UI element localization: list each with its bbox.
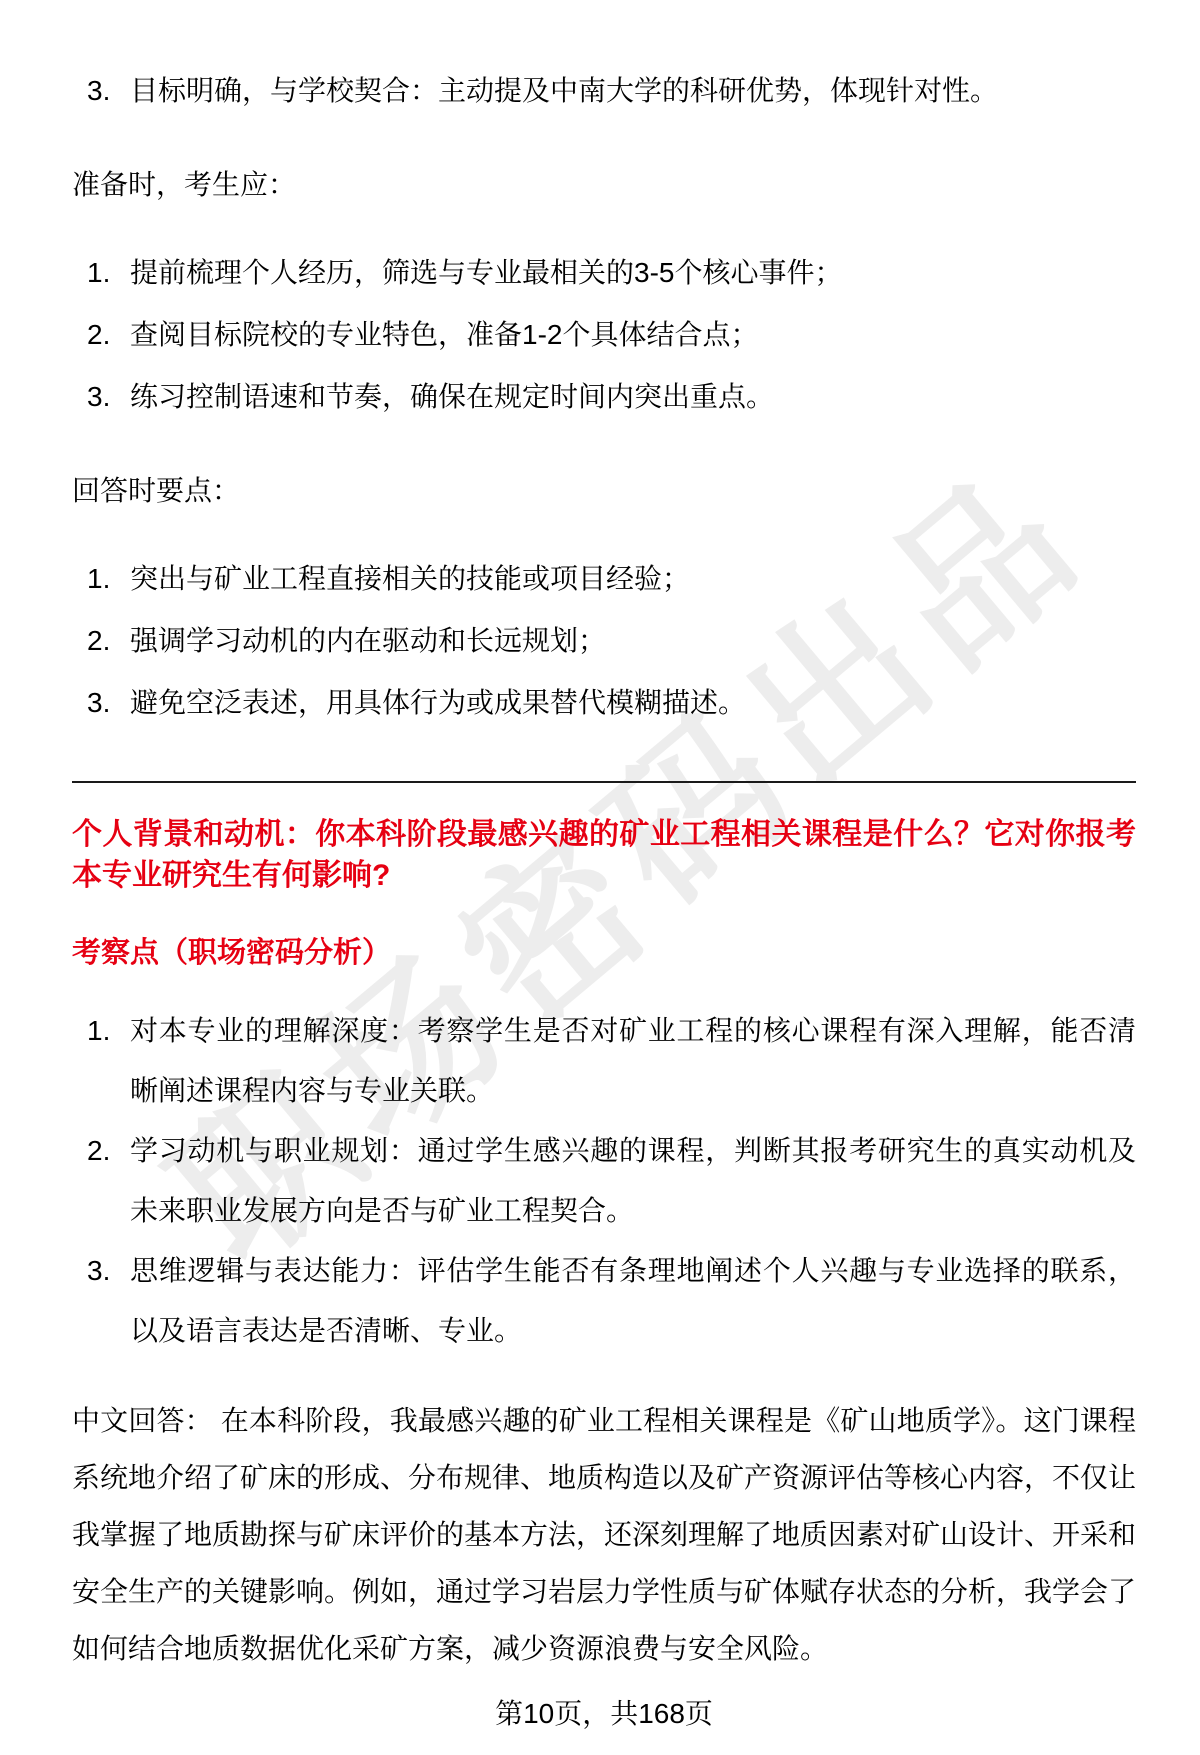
list-item-text: 强调学习动机的内在驱动和长远规划； — [130, 610, 1136, 672]
document-page: 职场密码出品 3. 目标明确，与学校契合：主动提及中南大学的科研优势，体现针对性… — [0, 0, 1200, 1755]
page-content: 3. 目标明确，与学校契合：主动提及中南大学的科研优势，体现针对性。 准备时，考… — [0, 0, 1200, 1742]
list-item-number: 2. — [87, 1121, 130, 1241]
list-item: 2. 强调学习动机的内在驱动和长远规划； — [72, 610, 1136, 672]
list-item-number: 2. — [87, 610, 130, 672]
section-divider — [72, 781, 1136, 783]
list-item: 2. 查阅目标院校的专业特色，准备1-2个具体结合点； — [72, 304, 1136, 366]
prep-intro: 准备时，考生应： — [72, 156, 1136, 214]
list-item-text: 目标明确，与学校契合：主动提及中南大学的科研优势，体现针对性。 — [130, 60, 1136, 122]
list-item: 1. 突出与矿业工程直接相关的技能或项目经验； — [72, 548, 1136, 610]
list-item-text: 学习动机与职业规划：通过学生感兴趣的课程，判断其报考研究生的真实动机及未来职业发… — [130, 1121, 1136, 1241]
list-item-text: 提前梳理个人经历，筛选与专业最相关的3-5个核心事件； — [130, 242, 1136, 304]
continued-list-item: 3. 目标明确，与学校契合：主动提及中南大学的科研优势，体现针对性。 — [72, 60, 1136, 122]
list-item-text: 对本专业的理解深度：考察学生是否对矿业工程的核心课程有深入理解，能否清晰阐述课程… — [130, 1001, 1136, 1121]
list-item-number: 1. — [87, 1001, 130, 1121]
list-item: 1. 提前梳理个人经历，筛选与专业最相关的3-5个核心事件； — [72, 242, 1136, 304]
list-item-number: 3. — [87, 60, 130, 122]
exam-points-heading: 考察点（职场密码分析） — [72, 933, 1136, 973]
list-item-number: 3. — [87, 1241, 130, 1361]
list-item: 1. 对本专业的理解深度：考察学生是否对矿业工程的核心课程有深入理解，能否清晰阐… — [72, 1001, 1136, 1121]
list-item-text: 思维逻辑与表达能力：评估学生能否有条理地阐述个人兴趣与专业选择的联系，以及语言表… — [130, 1241, 1136, 1361]
list-item: 3. 思维逻辑与表达能力：评估学生能否有条理地阐述个人兴趣与专业选择的联系，以及… — [72, 1241, 1136, 1361]
list-item-text: 练习控制语速和节奏，确保在规定时间内突出重点。 — [130, 366, 1136, 428]
list-item-number: 1. — [87, 548, 130, 610]
list-item-number: 3. — [87, 672, 130, 734]
list-item-text: 查阅目标院校的专业特色，准备1-2个具体结合点； — [130, 304, 1136, 366]
question-heading: 个人背景和动机：你本科阶段最感兴趣的矿业工程相关课程是什么？它对你报考本专业研究… — [72, 814, 1136, 896]
list-item-text: 突出与矿业工程直接相关的技能或项目经验； — [130, 548, 1136, 610]
page-footer: 第10页，共168页 — [72, 1685, 1136, 1742]
exam-points-list: 1. 对本专业的理解深度：考察学生是否对矿业工程的核心课程有深入理解，能否清晰阐… — [72, 1001, 1136, 1361]
chinese-answer-paragraph: 中文回答： 在本科阶段，我最感兴趣的矿业工程相关课程是《矿山地质学》。这门课程系… — [72, 1392, 1136, 1677]
list-item-number: 1. — [87, 242, 130, 304]
list-item-text: 避免空泛表述，用具体行为或成果替代模糊描述。 — [130, 672, 1136, 734]
answer-points-intro: 回答时要点： — [72, 462, 1136, 520]
list-item-number: 3. — [87, 366, 130, 428]
list-item-number: 2. — [87, 304, 130, 366]
list-item: 3. 练习控制语速和节奏，确保在规定时间内突出重点。 — [72, 366, 1136, 428]
prep-list: 1. 提前梳理个人经历，筛选与专业最相关的3-5个核心事件； 2. 查阅目标院校… — [72, 242, 1136, 428]
list-item: 2. 学习动机与职业规划：通过学生感兴趣的课程，判断其报考研究生的真实动机及未来… — [72, 1121, 1136, 1241]
list-item: 3. 避免空泛表述，用具体行为或成果替代模糊描述。 — [72, 672, 1136, 734]
answer-points-list: 1. 突出与矿业工程直接相关的技能或项目经验； 2. 强调学习动机的内在驱动和长… — [72, 548, 1136, 734]
